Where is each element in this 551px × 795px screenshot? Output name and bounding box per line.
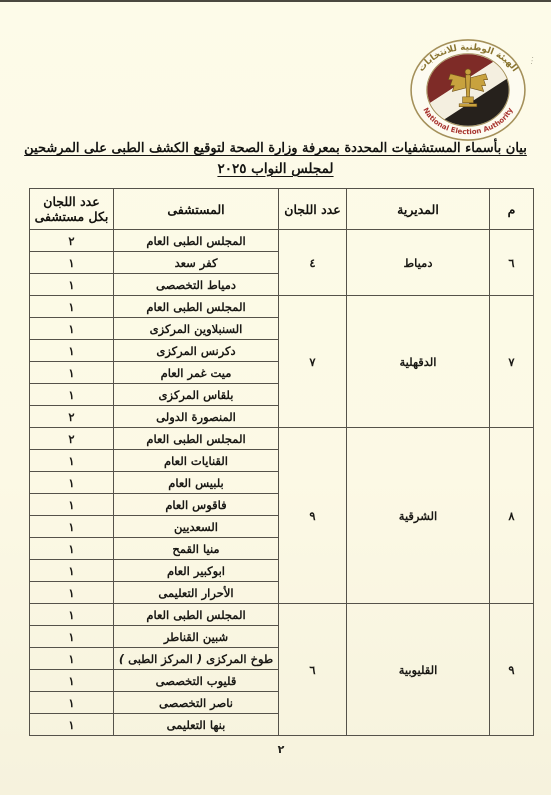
governorate-committees-total: ٧ bbox=[279, 296, 347, 428]
page-number: ٢ bbox=[29, 743, 533, 756]
hospital-committees-count: ٢ bbox=[30, 428, 114, 450]
hospital-committees-count: ١ bbox=[30, 274, 114, 296]
hospital-name: ناصر التخصصى bbox=[114, 692, 279, 714]
governorate-committees-total: ٩ bbox=[279, 428, 347, 604]
governorate-committees-total: ٤ bbox=[279, 230, 347, 296]
hospitals-table: م المديرية عدد اللجان المستشفى عدد اللجا… bbox=[29, 188, 534, 736]
col-header-count-line2: بكل مستشفى bbox=[32, 209, 111, 224]
governorate-name: الشرقية bbox=[347, 428, 490, 604]
hospital-name: المجلس الطبى العام bbox=[114, 604, 279, 626]
col-header-hospital: المستشفى bbox=[114, 189, 279, 230]
pen-mark-artifact: ·: bbox=[530, 56, 535, 65]
hospital-committees-count: ١ bbox=[30, 318, 114, 340]
governorate-serial: ٩ bbox=[490, 604, 534, 736]
hospital-committees-count: ١ bbox=[30, 692, 114, 714]
hospital-name: كفر سعد bbox=[114, 252, 279, 274]
hospital-name: القنايات العام bbox=[114, 450, 279, 472]
hospital-name: المجلس الطبى العام bbox=[114, 428, 279, 450]
hospital-committees-count: ٢ bbox=[30, 230, 114, 252]
hospital-committees-count: ١ bbox=[30, 516, 114, 538]
hospital-name: الأحرار التعليمى bbox=[114, 582, 279, 604]
nea-seal-icon: الهيئة الوطنية للانتخابات National Elect… bbox=[406, 37, 530, 143]
hospital-name: دكرنس المركزى bbox=[114, 340, 279, 362]
hospital-name: المنصورة الدولى bbox=[114, 406, 279, 428]
hospital-committees-count: ١ bbox=[30, 494, 114, 516]
hospital-name: السعديين bbox=[114, 516, 279, 538]
hospital-committees-count: ١ bbox=[30, 560, 114, 582]
hospital-name: ميت غمر العام bbox=[114, 362, 279, 384]
hospital-committees-count: ١ bbox=[30, 714, 114, 736]
hospital-committees-count: ١ bbox=[30, 670, 114, 692]
scanned-document-page: { "page": { "number": "٢" }, "logo": { "… bbox=[0, 0, 551, 795]
hospital-row: ٦دمياط٤المجلس الطبى العام٢ bbox=[30, 230, 534, 252]
table-header-row: م المديرية عدد اللجان المستشفى عدد اللجا… bbox=[30, 189, 534, 230]
governorate-name: القليوبية bbox=[347, 604, 490, 736]
hospital-name: منيا القمح bbox=[114, 538, 279, 560]
hospital-committees-count: ١ bbox=[30, 296, 114, 318]
hospital-committees-count: ١ bbox=[30, 604, 114, 626]
hospital-name: المجلس الطبى العام bbox=[114, 230, 279, 252]
scan-edge-artifact bbox=[0, 0, 551, 2]
hospital-committees-count: ١ bbox=[30, 384, 114, 406]
hospital-committees-count: ١ bbox=[30, 472, 114, 494]
hospital-committees-count: ١ bbox=[30, 252, 114, 274]
hospital-row: ٩القليوبية٦المجلس الطبى العام١ bbox=[30, 604, 534, 626]
hospital-committees-count: ١ bbox=[30, 582, 114, 604]
document-title: بيان بأسماء المستشفيات المحددة بمعرفة وز… bbox=[15, 138, 536, 180]
hospital-name: طوخ المركزى ( المركز الطبى ) bbox=[114, 648, 279, 670]
national-election-authority-logo: الهيئة الوطنية للانتخابات National Elect… bbox=[406, 37, 530, 143]
col-header-committees-per-hospital: عدد اللجان بكل مستشفى bbox=[30, 189, 114, 230]
hospital-name: بلقاس المركزى bbox=[114, 384, 279, 406]
hospital-name: ابوكبير العام bbox=[114, 560, 279, 582]
col-header-directorate: المديرية bbox=[347, 189, 490, 230]
hospital-committees-count: ١ bbox=[30, 626, 114, 648]
hospital-committees-count: ١ bbox=[30, 450, 114, 472]
hospital-name: السنبلاوين المركزى bbox=[114, 318, 279, 340]
hospital-committees-count: ١ bbox=[30, 362, 114, 384]
hospital-name: بلبيس العام bbox=[114, 472, 279, 494]
hospital-committees-count: ١ bbox=[30, 648, 114, 670]
hospital-name: فاقوس العام bbox=[114, 494, 279, 516]
governorate-serial: ٨ bbox=[490, 428, 534, 604]
hospital-row: ٨الشرقية٩المجلس الطبى العام٢ bbox=[30, 428, 534, 450]
governorate-committees-total: ٦ bbox=[279, 604, 347, 736]
col-header-committees: عدد اللجان bbox=[279, 189, 347, 230]
hospital-name: المجلس الطبى العام bbox=[114, 296, 279, 318]
title-line-2: لمجلس النواب ٢٠٢٥ bbox=[15, 159, 536, 180]
col-header-serial: م bbox=[490, 189, 534, 230]
hospital-committees-count: ١ bbox=[30, 340, 114, 362]
hospital-name: بنها التعليمى bbox=[114, 714, 279, 736]
hospital-committees-count: ١ bbox=[30, 538, 114, 560]
governorate-serial: ٦ bbox=[490, 230, 534, 296]
hospital-name: قليوب التخصصى bbox=[114, 670, 279, 692]
col-header-count-line1: عدد اللجان bbox=[32, 194, 111, 209]
hospital-committees-count: ٢ bbox=[30, 406, 114, 428]
governorate-name: دمياط bbox=[347, 230, 490, 296]
governorate-serial: ٧ bbox=[490, 296, 534, 428]
title-line-1: بيان بأسماء المستشفيات المحددة بمعرفة وز… bbox=[15, 138, 536, 159]
governorate-name: الدقهلية bbox=[347, 296, 490, 428]
hospital-name: شبين القناطر bbox=[114, 626, 279, 648]
hospital-row: ٧الدقهلية٧المجلس الطبى العام١ bbox=[30, 296, 534, 318]
hospital-name: دمياط التخصصى bbox=[114, 274, 279, 296]
